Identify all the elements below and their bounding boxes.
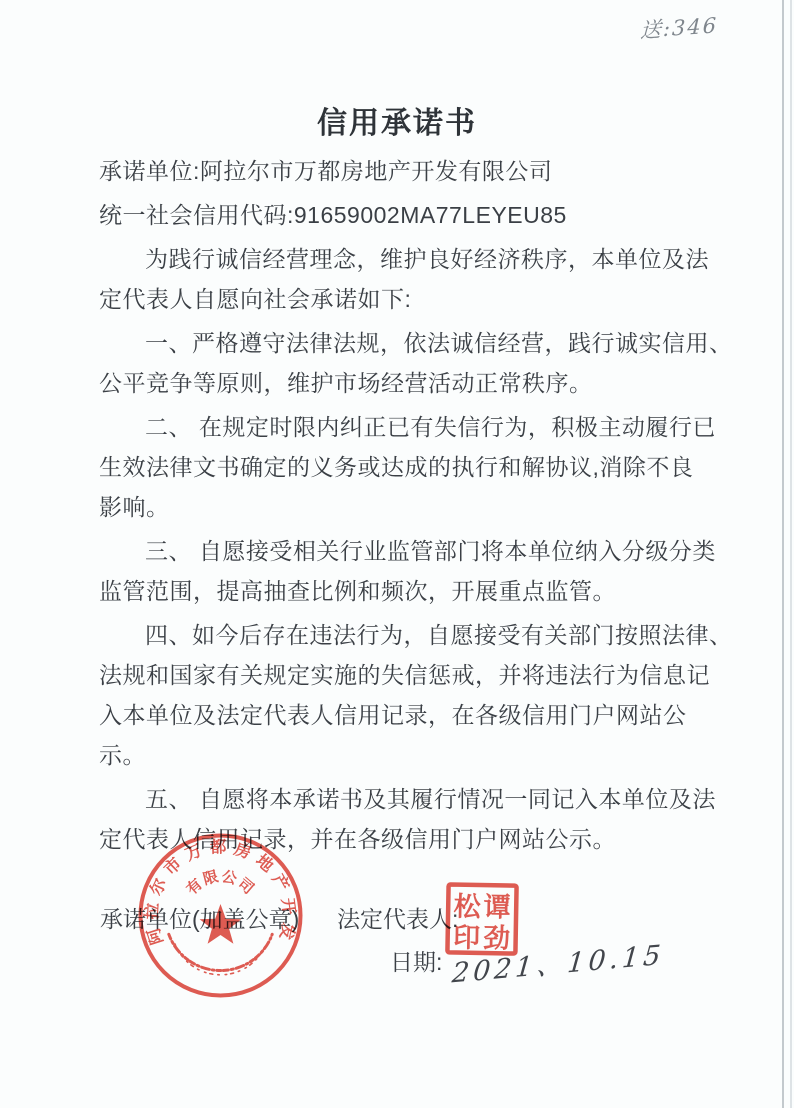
document-line: 公平竞争等原则，维护市场经营活动正常秩序。 (99, 363, 719, 403)
document-line: 监管范围，提高抽查比例和频次，开展重点监管。 (99, 571, 719, 611)
document-line: 为践行诚信经营理念，维护良好经济秩序，本单位及法 (99, 239, 719, 279)
document-line: 影响。 (99, 487, 719, 527)
scanned-document-page: 送:346 信用承诺书 承诺单位:阿拉尔市万都房地产开发有限公司统一社会信用代码… (0, 0, 794, 1108)
name-seal-char-top-left: 松 (453, 892, 482, 922)
legal-representative-name-seal: 松 谭 印 劲 (443, 880, 520, 957)
document-line: 四、如今后存在违法行为，自愿接受有关部门按照法律、 (99, 615, 719, 655)
seal-uyghur-script-arc (169, 934, 272, 970)
seal-star-icon (200, 904, 242, 944)
document-line: 入本单位及法定代表人信用记录，在各级信用门户网站公 (99, 695, 719, 735)
document-line: 五、 自愿将本承诺书及其履行情况一同记入本单位及法 (99, 779, 719, 819)
handwritten-note: 送:346 (640, 9, 719, 45)
document-line: 一、严格遵守法律法规，依法诚信经营，践行诚实信用、 (99, 323, 719, 363)
name-seal-char-top-right: 谭 (483, 892, 511, 922)
document-line: 法规和国家有关规定实施的失信惩戒，并将违法行为信息记 (99, 655, 719, 695)
scan-edge-line (782, 0, 784, 1108)
date-label: 日期: (390, 944, 442, 977)
seal-inner-text: 有限公司 (183, 867, 258, 898)
company-round-seal: 阿拉尔市万都房地产开发 有限公司 (133, 828, 308, 1003)
document-body-lines: 承诺单位:阿拉尔市万都房地产开发有限公司统一社会信用代码:91659002MA7… (99, 151, 719, 859)
document-line: 统一社会信用代码:91659002MA77LEYEU85 (99, 195, 719, 235)
document-line: 生效法律文书确定的义务或达成的执行和解协议,消除不良 (99, 447, 719, 487)
document-title: 信用承诺书 (0, 98, 794, 142)
document-line: 承诺单位:阿拉尔市万都房地产开发有限公司 (99, 151, 719, 191)
document-line: 二、 在规定时限内纠正已有失信行为，积极主动履行已 (99, 407, 719, 447)
document-line: 示。 (99, 735, 719, 775)
document-line: 定代表人自愿向社会承诺如下: (99, 279, 719, 319)
name-seal-char-bottom-right: 劲 (483, 923, 511, 953)
legal-representative-label: 法定代表人: (337, 901, 458, 934)
name-seal-char-bottom-left: 印 (453, 923, 481, 953)
document-line: 三、 自愿接受相关行业监管部门将本单位纳入分级分类 (99, 531, 719, 571)
scan-edge-shadow (790, 0, 792, 1108)
